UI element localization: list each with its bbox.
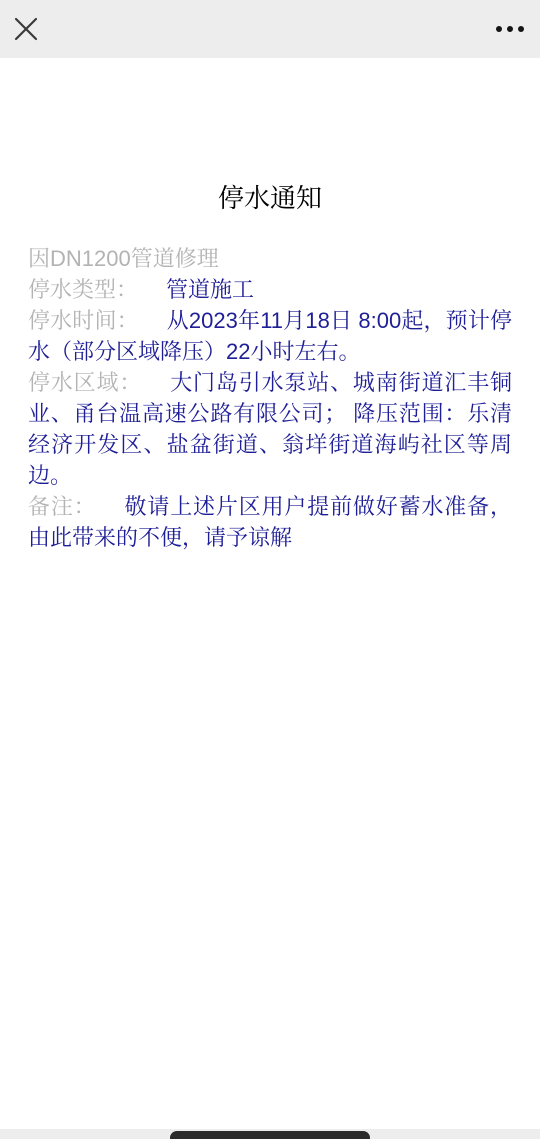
close-button[interactable] [13, 16, 39, 42]
page-title: 停水通知 [0, 183, 540, 213]
webview-topbar [0, 0, 540, 58]
webview-screen: 停水通知 因DN1200管道修理 停水类型：管道施工 停水时间：从2023年11… [0, 0, 540, 1139]
field-label: 停水时间： [28, 308, 139, 333]
notice-body: 因DN1200管道修理 停水类型：管道施工 停水时间：从2023年11月18日 … [0, 243, 540, 553]
field-value: 敬请上述片区用户提前做好蓄水准备，由此带来的不便，请予谅解 [28, 494, 512, 550]
notice-field-remark: 备注：敬请上述片区用户提前做好蓄水准备，由此带来的不便，请予谅解 [28, 491, 512, 553]
three-dots-icon [496, 20, 524, 38]
field-label: 备注： [28, 494, 97, 519]
bottom-bar [0, 1129, 540, 1139]
notice-intro-text: 因DN1200管道修理 [28, 246, 219, 271]
notice-article: 停水通知 因DN1200管道修理 停水类型：管道施工 停水时间：从2023年11… [0, 183, 540, 553]
notice-field-area: 停水区域：大门岛引水泵站、城南街道汇丰铜业、甬台温高速公路有限公司； 降压范围：… [28, 367, 512, 491]
notice-field-time: 停水时间：从2023年11月18日 8:00起，预计停水（部分区域降压）22小时… [28, 305, 512, 367]
notice-intro-line: 因DN1200管道修理 [28, 243, 512, 274]
field-label: 停水类型： [28, 277, 138, 302]
field-value: 管道施工 [166, 277, 254, 302]
close-icon [13, 16, 39, 42]
field-label: 停水区域： [28, 370, 142, 395]
notice-field-type: 停水类型：管道施工 [28, 274, 512, 305]
more-menu-button[interactable] [496, 20, 524, 38]
home-indicator[interactable] [170, 1131, 370, 1139]
